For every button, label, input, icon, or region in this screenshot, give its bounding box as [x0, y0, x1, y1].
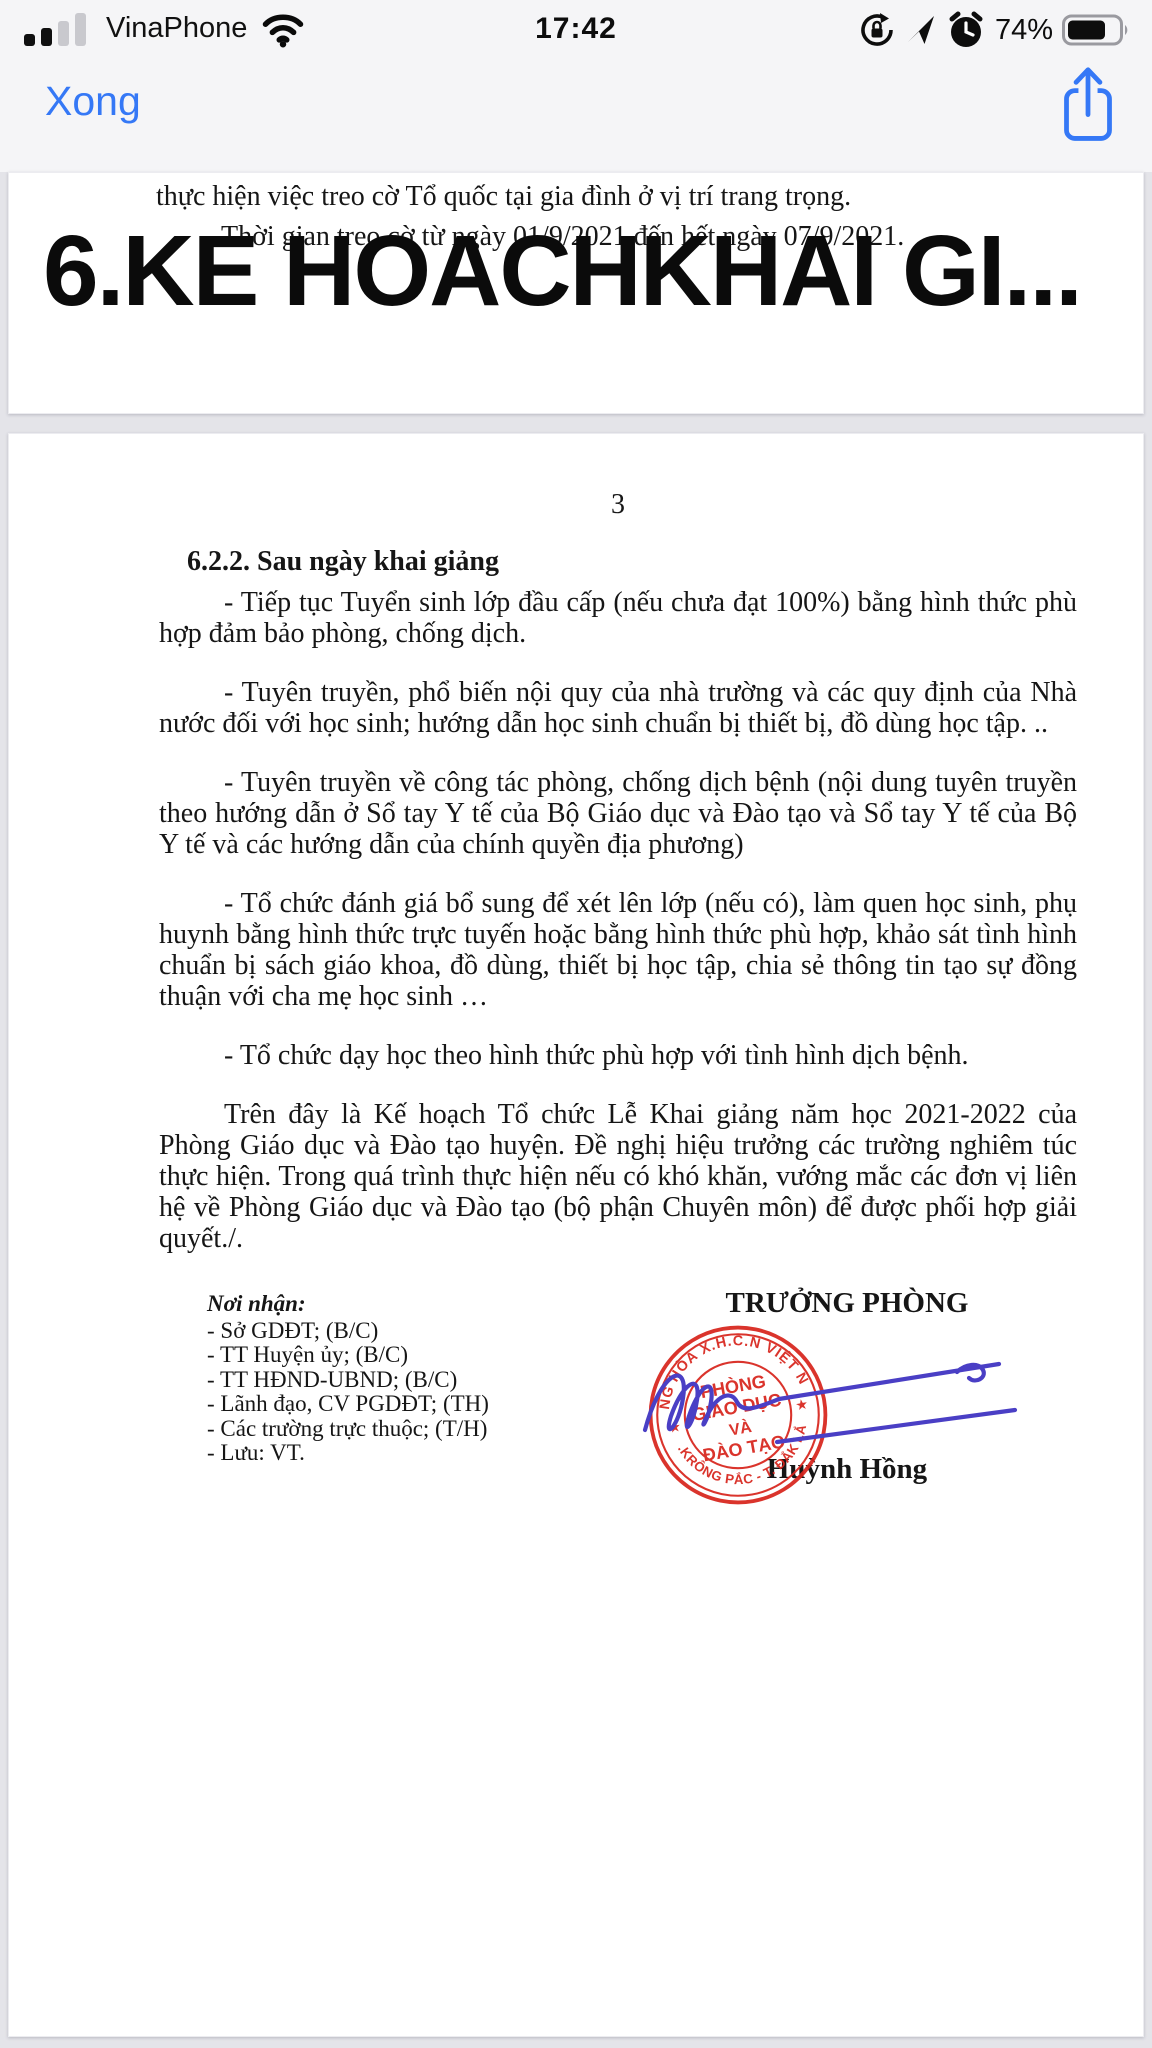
battery-percent: 74% — [995, 14, 1053, 47]
page-gap — [0, 414, 1152, 433]
recipient-item: - Lãnh đạo, CV PGDĐT; (TH) — [207, 1392, 537, 1417]
share-button[interactable] — [1052, 62, 1124, 151]
battery-icon — [1062, 12, 1132, 48]
nav-bar: Xong — [0, 60, 1152, 172]
signature-block: TRƯỞNG PHÒNG CỘNG HÒA X. — [537, 1292, 1077, 1622]
alarm-icon — [946, 10, 986, 50]
paragraph: - Tổ chức đánh giá bổ sung để xét lên lớ… — [159, 888, 1077, 1012]
recipients-block: Nơi nhận: - Sở GDĐT; (B/C) - TT Huyện ủy… — [207, 1292, 537, 1622]
document-page-1: thực hiện việc treo cờ Tổ quốc tại gia đ… — [8, 172, 1144, 414]
paragraph: - Tổ chức dạy học theo hình thức phù hợp… — [159, 1040, 1077, 1071]
status-bar: VinaPhone 17:42 74% — [0, 0, 1152, 60]
orientation-lock-icon — [858, 11, 896, 49]
paragraph: - Tuyên truyền, phổ biến nội quy của nhà… — [159, 677, 1077, 739]
section-heading: 6.2.2. Sau ngày khai giảng — [159, 546, 1077, 577]
recipient-item: - TT Huyện ủy; (B/C) — [207, 1343, 537, 1368]
recipient-item: - Lưu: VT. — [207, 1441, 537, 1466]
page-number: 3 — [159, 489, 1077, 520]
paragraph: - Tiếp tục Tuyển sinh lớp đầu cấp (nếu c… — [159, 587, 1077, 649]
recipients-title: Nơi nhận: — [207, 1292, 537, 1317]
recipient-item: - TT HĐND-UBND; (B/C) — [207, 1368, 537, 1393]
recipient-item: - Sở GDĐT; (B/C) — [207, 1319, 537, 1344]
page1-text-line1: thực hiện việc treo cờ Tổ quốc tại gia đ… — [156, 181, 851, 213]
share-icon — [1052, 62, 1124, 148]
document-footer: Nơi nhận: - Sở GDĐT; (B/C) - TT Huyện ủy… — [159, 1292, 1077, 1622]
paragraph: - Tuyên truyền về công tác phòng, chống … — [159, 767, 1077, 860]
document-viewer[interactable]: thực hiện việc treo cờ Tổ quốc tại gia đ… — [0, 172, 1152, 2048]
signer-title: TRƯỞNG PHÒNG — [687, 1288, 1007, 1319]
done-button[interactable]: Xong — [45, 78, 141, 125]
signature-ink — [627, 1344, 1027, 1464]
recipient-item: - Các trường trực thuộc; (T/H) — [207, 1417, 537, 1442]
closing-paragraph: Trên đây là Kế hoạch Tổ chức Lễ Khai giả… — [159, 1099, 1077, 1254]
location-icon — [905, 13, 937, 47]
document-page-2: 3 6.2.2. Sau ngày khai giảng - Tiếp tục … — [8, 433, 1144, 2037]
document-title-overlay: 6.KE HOACHKHAI GI... — [43, 214, 1143, 329]
